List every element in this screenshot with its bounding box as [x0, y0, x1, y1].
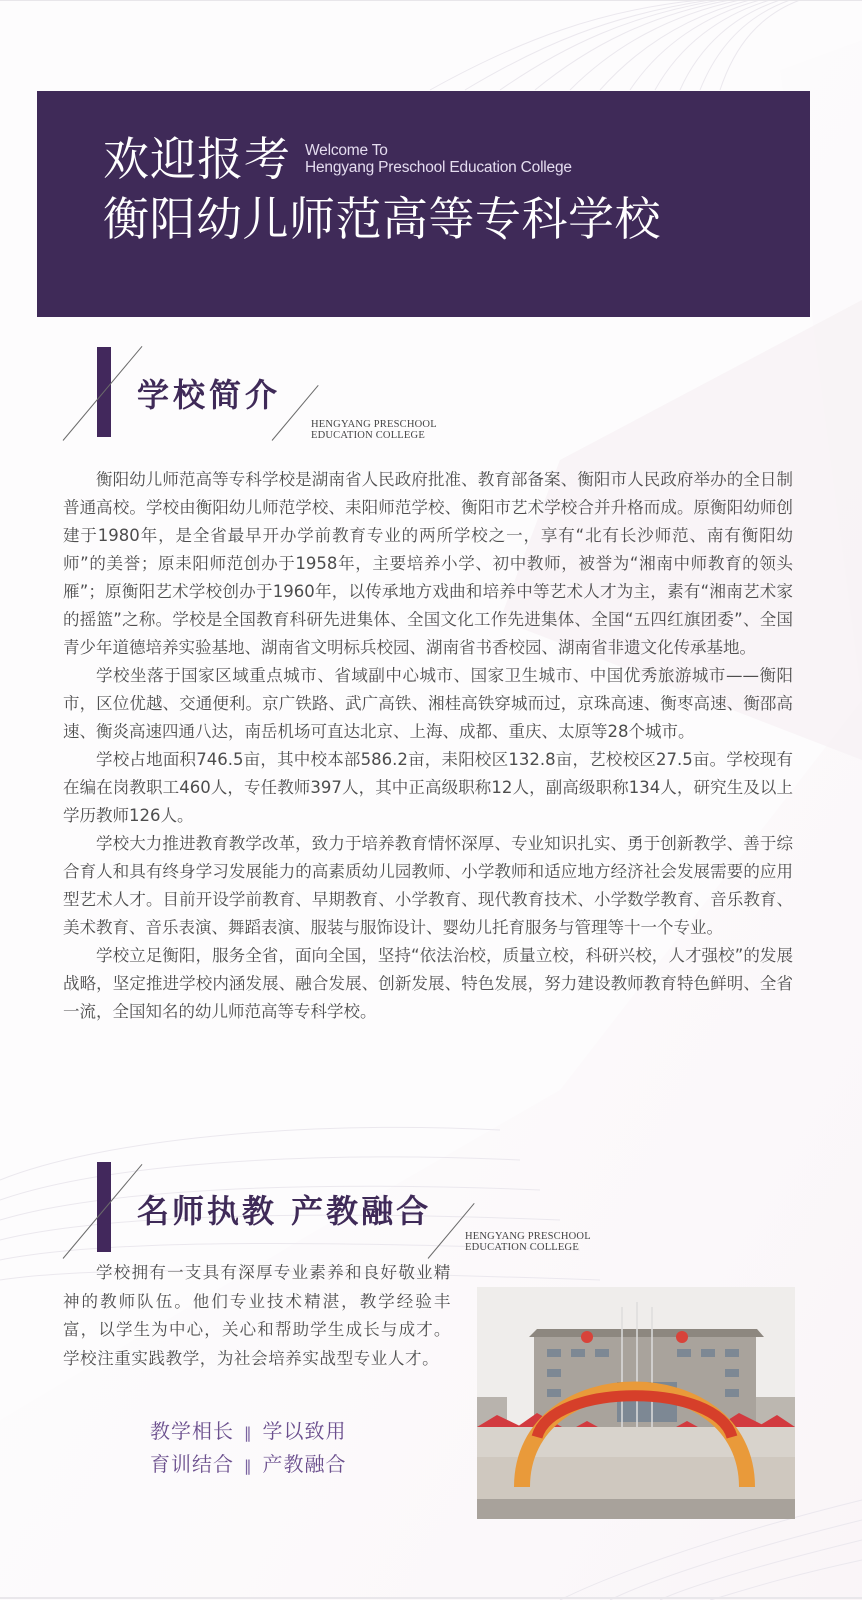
faculty-paragraph: 学校拥有一支具有深厚专业素养和良好敬业精神的教师队伍。他们专业技术精湛，教学经验…	[63, 1259, 451, 1373]
intro-paragraph: 衡阳幼儿师范高等专科学校是湖南省人民政府批准、教育部备案、衡阳市人民政府举办的全…	[63, 466, 793, 662]
slogan-text: 产教融合	[263, 1452, 347, 1476]
section-english-label: HENGYANG PRESCHOOL EDUCATION COLLEGE	[311, 419, 437, 441]
welcome-banner: 欢迎报考 Welcome To Hengyang Preschool Educa…	[37, 91, 810, 317]
campus-photo-illustration	[477, 1287, 795, 1519]
slogan-block: 教学相长‖学以致用 育训结合‖产教融合	[150, 1416, 347, 1482]
section-title-intro: 学校简介	[137, 370, 281, 416]
intro-paragraph: 学校大力推进教育教学改革，致力于培养教育情怀深厚、专业知识扎实、勇于创新教学、善…	[63, 830, 793, 942]
intro-paragraph: 学校占地面积746.5亩，其中校本部586.2亩，耒阳校区132.8亩，艺校校区…	[63, 746, 793, 830]
intro-body-text: 衡阳幼儿师范高等专科学校是湖南省人民政府批准、教育部备案、衡阳市人民政府举办的全…	[63, 466, 793, 1026]
english-label-line1: HENGYANG PRESCHOOL	[311, 419, 437, 430]
bottom-border	[0, 1597, 862, 1599]
intro-paragraph: 学校坐落于国家区域重点城市、省域副中心城市、国家卫生城市、中国优秀旅游城市——衡…	[63, 662, 793, 746]
slogan-text: 育训结合	[150, 1452, 234, 1476]
intro-paragraph: 学校立足衡阳，服务全省，面向全国，坚持“依法治校，质量立校，科研兴校，人才强校”…	[63, 942, 793, 1026]
banner-title-welcome: 欢迎报考	[103, 131, 291, 187]
slogan-separator: ‖	[244, 1451, 253, 1482]
banner-headline-row: 欢迎报考 Welcome To Hengyang Preschool Educa…	[103, 131, 572, 187]
section-title-faculty: 名师执教 产教融合	[137, 1186, 431, 1232]
slogan-row: 育训结合‖产教融合	[150, 1449, 347, 1482]
english-label-line2: EDUCATION COLLEGE	[465, 1242, 591, 1253]
slogan-row: 教学相长‖学以致用	[150, 1416, 347, 1449]
slogan-separator: ‖	[244, 1418, 253, 1449]
section-english-label: HENGYANG PRESCHOOL EDUCATION COLLEGE	[465, 1231, 591, 1253]
campus-event-photo	[477, 1287, 795, 1519]
banner-english-line2: Hengyang Preschool Education College	[305, 159, 572, 176]
slogan-text: 教学相长	[150, 1419, 234, 1443]
banner-english-line1: Welcome To	[305, 142, 572, 159]
faculty-body-text: 学校拥有一支具有深厚专业素养和良好敬业精神的教师队伍。他们专业技术精湛，教学经验…	[63, 1259, 451, 1373]
english-label-line1: HENGYANG PRESCHOOL	[465, 1231, 591, 1242]
banner-school-name: 衡阳幼儿师范高等专科学校	[103, 191, 661, 247]
slogan-text: 学以致用	[263, 1419, 347, 1443]
banner-english-subtitle: Welcome To Hengyang Preschool Education …	[305, 142, 572, 176]
top-border	[0, 0, 862, 1]
english-label-line2: EDUCATION COLLEGE	[311, 430, 437, 441]
